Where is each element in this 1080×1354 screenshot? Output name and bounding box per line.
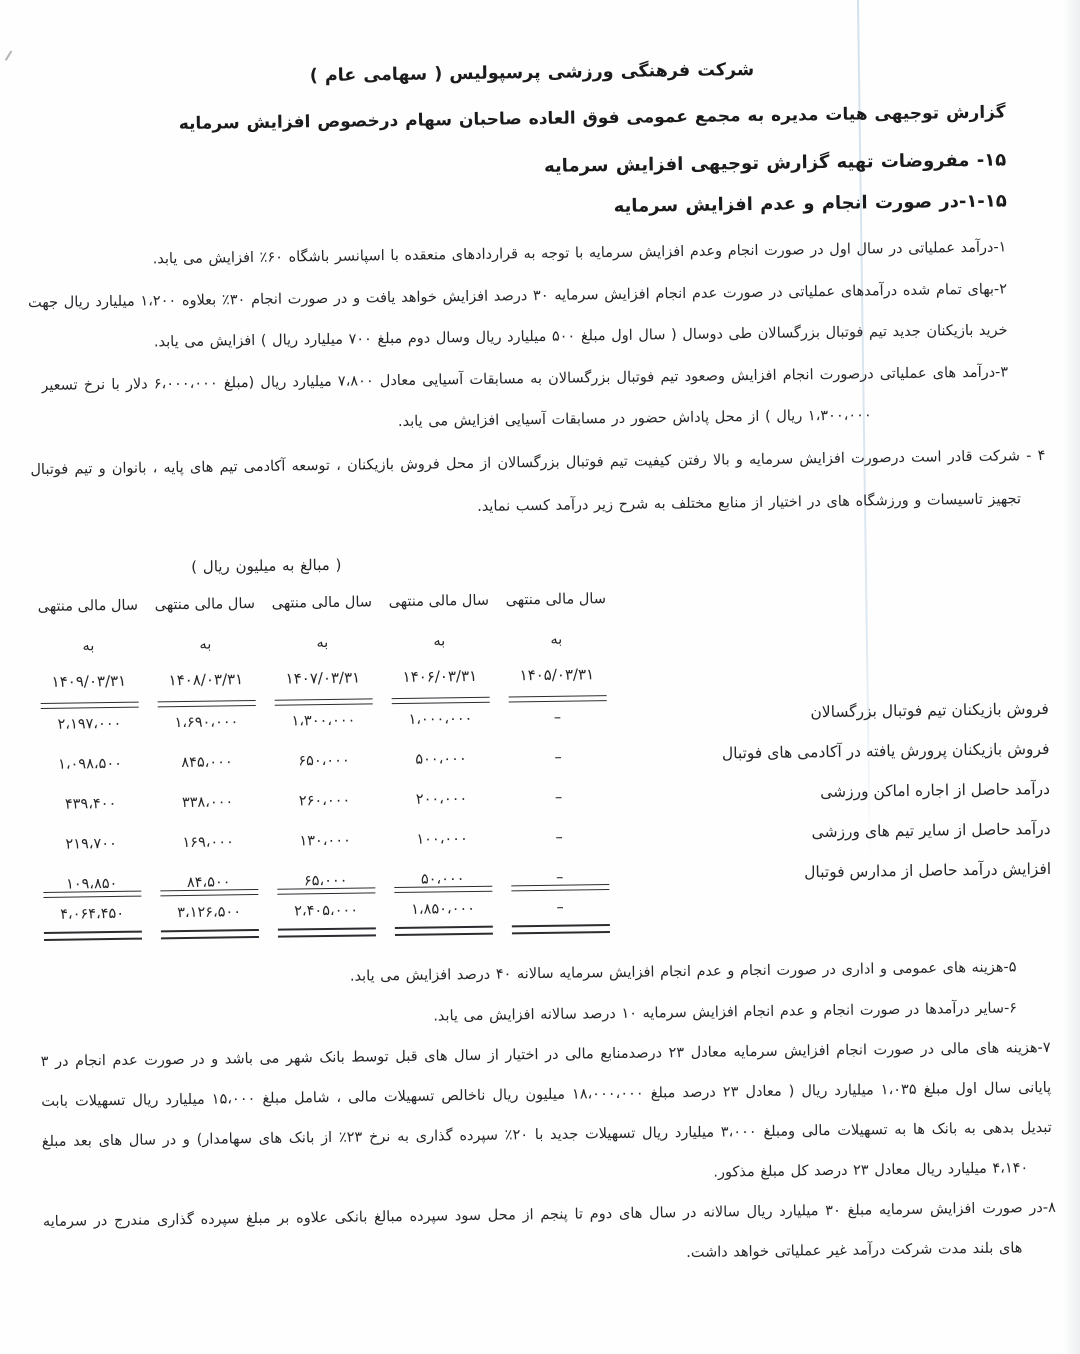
table-date-cell: ۱۴۰۹/۰۳/۳۱	[30, 669, 147, 693]
table-header-row-to: به به به به به	[30, 628, 615, 658]
table-value-cell: ۱۶۹،۰۰۰	[150, 831, 267, 855]
section-heading-15: ۱۵- مفروضات تهیه گزارش توجیهی افزایش سرم…	[544, 149, 1006, 177]
paragraph-8-line: ۸-در صورت افزایش سرمایه مبلغ ۳۰ میلیارد …	[43, 1197, 1056, 1235]
table-row-label: افزایش درآمد حاصل از مدارس فوتبال	[804, 858, 1051, 883]
table-date-cell: ۱۴۰۸/۰۳/۳۱	[147, 668, 264, 692]
table-value-cell: ۱،۰۰۰،۰۰۰	[382, 708, 499, 732]
paragraph-7-line: ۴،۱۴۰ میلیارد ریال معادل ۲۳ درصد کل مبلغ…	[713, 1157, 1028, 1183]
paragraph-5-line: ۵-هزینه های عمومی و اداری در صورت انجام …	[350, 956, 1017, 987]
table-row: ۱،۰۹۸،۵۰۰ ۸۴۵،۰۰۰ ۶۵۰،۰۰۰ ۵۰۰،۰۰۰ –	[31, 746, 616, 776]
table-header-row-dates: ۱۴۰۹/۰۳/۳۱ ۱۴۰۸/۰۳/۳۱ ۱۴۰۷/۰۳/۳۱ ۱۴۰۶/۰۳…	[30, 663, 615, 693]
table-value-cell: –	[500, 786, 617, 810]
table-value-cell: ۲،۱۹۷،۰۰۰	[31, 712, 148, 736]
paragraph-7-line: ۷-هزینه های مالی در صورت انجام افزایش سر…	[41, 1037, 1051, 1075]
report-title: گزارش توجیهی هیات مدیره به مجمع عمومی فو…	[179, 101, 1006, 135]
table-header-cell: به	[498, 628, 615, 652]
company-title: شرکت فرهنگی ورزشی پرسپولیس ( سهامی عام )	[0, 55, 1072, 92]
table-total-cell: ۲،۴۰۵،۰۰۰	[267, 899, 384, 923]
paragraph-4-line: ۴ - شرکت قادر است درصورت افزایش سرمایه و…	[30, 445, 1045, 483]
table-row-label: درآمد حاصل از سایر تیم های ورزشی	[811, 818, 1050, 843]
table-value-cell: ۵۰۰،۰۰۰	[382, 748, 499, 772]
table-header-cell: به	[147, 633, 264, 657]
table-row-label: درآمد حاصل از اجاره اماکن ورزشی	[820, 778, 1050, 803]
paragraph-1-line: ۱-درآمد عملیاتی در سال اول در صورت انجام…	[153, 236, 1007, 270]
table-row: ۴۳۹،۴۰۰ ۳۳۸،۰۰۰ ۲۶۰،۰۰۰ ۲۰۰،۰۰۰ –	[32, 786, 617, 816]
table-value-cell: ۱،۳۰۰،۰۰۰	[265, 709, 382, 733]
table-value-cell: ۱،۶۹۰،۰۰۰	[148, 711, 265, 735]
paragraph-8-line: های بلند مدت شرکت درآمد غیر عملیاتی خواه…	[686, 1237, 1023, 1264]
table-date-cell: ۱۴۰۶/۰۳/۳۱	[381, 665, 498, 689]
table-date-cell: ۱۴۰۷/۰۳/۳۱	[264, 666, 381, 690]
scanned-document-page: شرکت فرهنگی ورزشی پرسپولیس ( سهامی عام )…	[0, 0, 1080, 1354]
table-value-cell: ۱۰۰،۰۰۰	[383, 828, 500, 852]
table-header-cell: به	[264, 631, 381, 655]
table-value-cell: ۸۴۵،۰۰۰	[148, 751, 265, 775]
scan-edge-shadow	[1062, 0, 1080, 1354]
table-total-cell: –	[501, 896, 618, 920]
table-value-cell: –	[500, 826, 617, 850]
table-value-cell: ۲۰۰،۰۰۰	[383, 788, 500, 812]
table-total-cell: ۴،۰۶۴،۴۵۰	[33, 902, 150, 926]
table-value-cell: ۱،۰۹۸،۵۰۰	[31, 752, 148, 776]
table-row-label: فروش بازیکنان تیم فوتبال بزرگسالان	[810, 698, 1049, 723]
table-value-cell: ۲۱۹،۷۰۰	[33, 832, 150, 856]
table-value-cell: ۲۶۰،۰۰۰	[266, 789, 383, 813]
table-header-cell: سال مالی منتهی	[380, 590, 497, 614]
table-value-cell: ۱۳۰،۰۰۰	[266, 829, 383, 853]
table-caption: ( مبالغ به میلیون ریال )	[184, 554, 349, 578]
subsection-heading-1-15: ۱-۱۵-در صورت انجام و عدم افزایش سرمایه	[613, 190, 1006, 217]
table-row-label: فروش بازیکنان پرورش یافته در آکادمی های …	[722, 738, 1050, 765]
table-row: ۲،۱۹۷،۰۰۰ ۱،۶۹۰،۰۰۰ ۱،۳۰۰،۰۰۰ ۱،۰۰۰،۰۰۰ …	[31, 706, 616, 736]
paragraph-6-line: ۶-سایر درآمدها در صورت انجام و عدم انجام…	[433, 997, 1017, 1027]
table-header-cell: سال مالی منتهی	[146, 593, 263, 617]
table-value-cell: ۳۳۸،۰۰۰	[149, 791, 266, 815]
table-header-cell: سال مالی منتهی	[497, 588, 614, 612]
table-total-bottom-rule	[34, 924, 619, 941]
table-header-row-fiscal-year: سال مالی منتهی سال مالی منتهی سال مالی م…	[29, 588, 614, 618]
table-value-cell: –	[499, 746, 616, 770]
paragraph-2-line: خرید بازیکنان جدید تیم فوتبال بزرگسالان …	[154, 319, 1008, 353]
table-value-cell: ۶۵۰،۰۰۰	[265, 749, 382, 773]
table-row: ۲۱۹،۷۰۰ ۱۶۹،۰۰۰ ۱۳۰،۰۰۰ ۱۰۰،۰۰۰ –	[33, 826, 618, 856]
paragraph-3-line: ۱،۳۰۰،۰۰۰ ریال ) از محل پاداش حضور در مس…	[398, 404, 872, 433]
table-date-cell: ۱۴۰۵/۰۳/۳۱	[498, 663, 615, 687]
table-total-row: ۴،۰۶۴،۴۵۰ ۳،۱۲۶،۵۰۰ ۲،۴۰۵،۰۰۰ ۱،۸۵۰،۰۰۰ …	[33, 896, 618, 926]
table-value-cell: ۴۳۹،۴۰۰	[32, 792, 149, 816]
table-value-cell: –	[499, 706, 616, 730]
paragraph-7-line: پایانی سال اول مبلغ ۱،۰۳۵ میلیارد ریال (…	[41, 1077, 1051, 1115]
document-content: شرکت فرهنگی ورزشی پرسپولیس ( سهامی عام )…	[0, 0, 1080, 1354]
table-header-cell: به	[30, 634, 147, 658]
table-total-cell: ۳،۱۲۶،۵۰۰	[150, 901, 267, 925]
table-header-cell: به	[381, 630, 498, 654]
table-header-cell: سال مالی منتهی	[263, 591, 380, 615]
table-header-cell: سال مالی منتهی	[29, 594, 146, 618]
paragraph-7-line: تبدیل بدهی به بانک ها به تسهیلات مالی وم…	[42, 1117, 1052, 1155]
paragraph-4-line: تجهیز تاسیسات و ورزشگاه های در اختیار از…	[477, 488, 1021, 518]
table-total-cell: ۱،۸۵۰،۰۰۰	[384, 898, 501, 922]
